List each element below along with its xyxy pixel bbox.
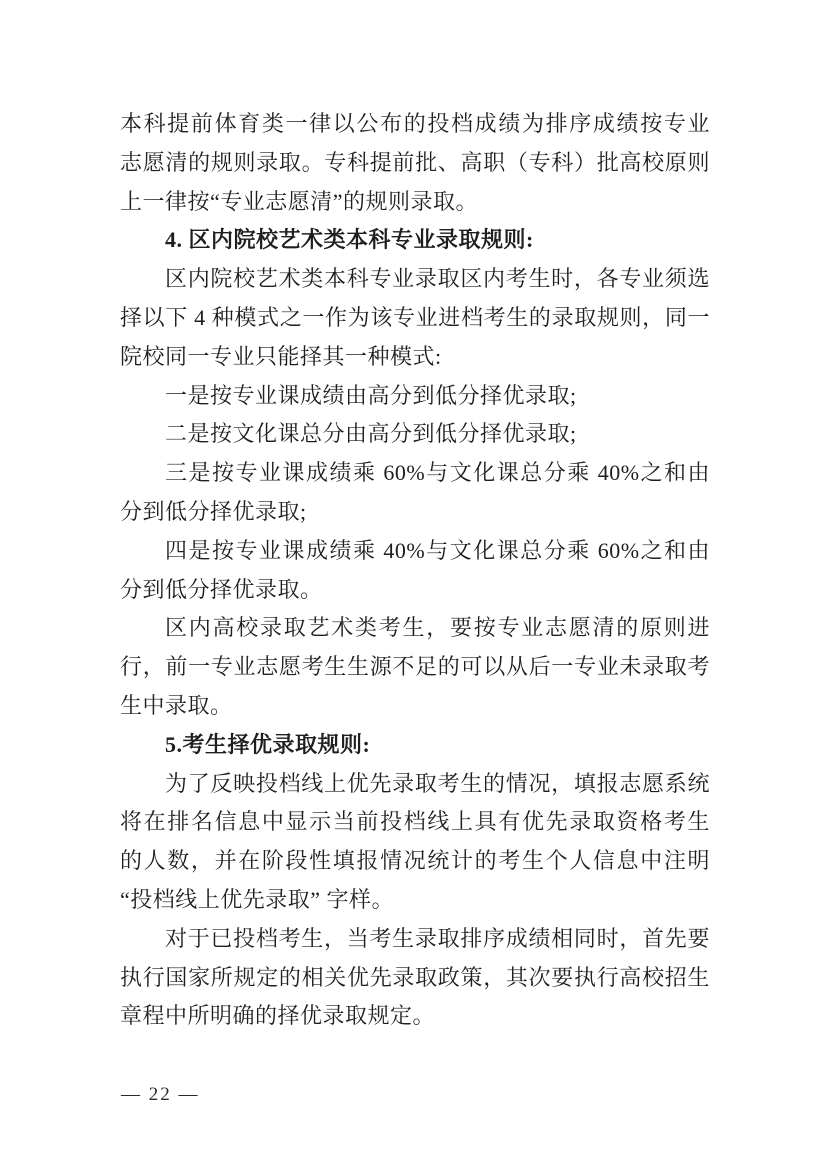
text-line: 四是按专业课成绩乘 40%与文化课总分乘 60%之和由高 bbox=[120, 532, 710, 571]
text-line: 分到低分择优录取; bbox=[120, 493, 710, 532]
text-line: 将在排名信息中显示当前投档线上具有优先录取资格考生 bbox=[120, 803, 710, 842]
text-line: 的人数，并在阶段性填报情况统计的考生个人信息中注明 bbox=[120, 842, 710, 881]
document-page: 本科提前体育类一律以公布的投档成绩为排序成绩按专业志愿清的规则录取。专科提前批、… bbox=[0, 0, 827, 1170]
page-footer: — 22 — bbox=[121, 1082, 200, 1108]
text-line: 为了反映投档线上优先录取考生的情况，填报志愿系统 bbox=[120, 765, 710, 804]
text-line: 上一律按“专业志愿清”的规则录取。 bbox=[120, 183, 710, 222]
section-heading: 5.考生择优录取规则: bbox=[120, 726, 710, 765]
section-heading: 4. 区内院校艺术类本科专业录取规则: bbox=[120, 221, 710, 260]
text-line: 行，前一专业志愿考生生源不足的可以从后一专业未录取考 bbox=[120, 648, 710, 687]
text-line: 本科提前体育类一律以公布的投档成绩为排序成绩按专业 bbox=[120, 105, 710, 144]
text-line: 生中录取。 bbox=[120, 687, 710, 726]
text-line: 志愿清的规则录取。专科提前批、高职（专科）批高校原则 bbox=[120, 144, 710, 183]
text-line: 区内院校艺术类本科专业录取区内考生时，各专业须选 bbox=[120, 260, 710, 299]
text-line: 三是按专业课成绩乘 60%与文化课总分乘 40%之和由高 bbox=[120, 454, 710, 493]
text-line: 章程中所明确的择优录取规定。 bbox=[120, 997, 710, 1036]
page-number: — 22 — bbox=[121, 1084, 200, 1105]
text-line: 对于已投档考生，当考生录取排序成绩相同时，首先要 bbox=[120, 920, 710, 959]
text-line: 一是按专业课成绩由高分到低分择优录取; bbox=[120, 377, 710, 416]
text-line: 分到低分择优录取。 bbox=[120, 571, 710, 610]
document-body: 本科提前体育类一律以公布的投档成绩为排序成绩按专业志愿清的规则录取。专科提前批、… bbox=[120, 105, 710, 1036]
text-line: 院校同一专业只能择其一种模式: bbox=[120, 338, 710, 377]
text-line: 执行国家所规定的相关优先录取政策，其次要执行高校招生 bbox=[120, 959, 710, 998]
text-line: 二是按文化课总分由高分到低分择优录取; bbox=[120, 415, 710, 454]
text-line: 择以下 4 种模式之一作为该专业进档考生的录取规则，同一 bbox=[120, 299, 710, 338]
text-line: 区内高校录取艺术类考生，要按专业志愿清的原则进 bbox=[120, 609, 710, 648]
text-line: “投档线上优先录取” 字样。 bbox=[120, 881, 710, 920]
